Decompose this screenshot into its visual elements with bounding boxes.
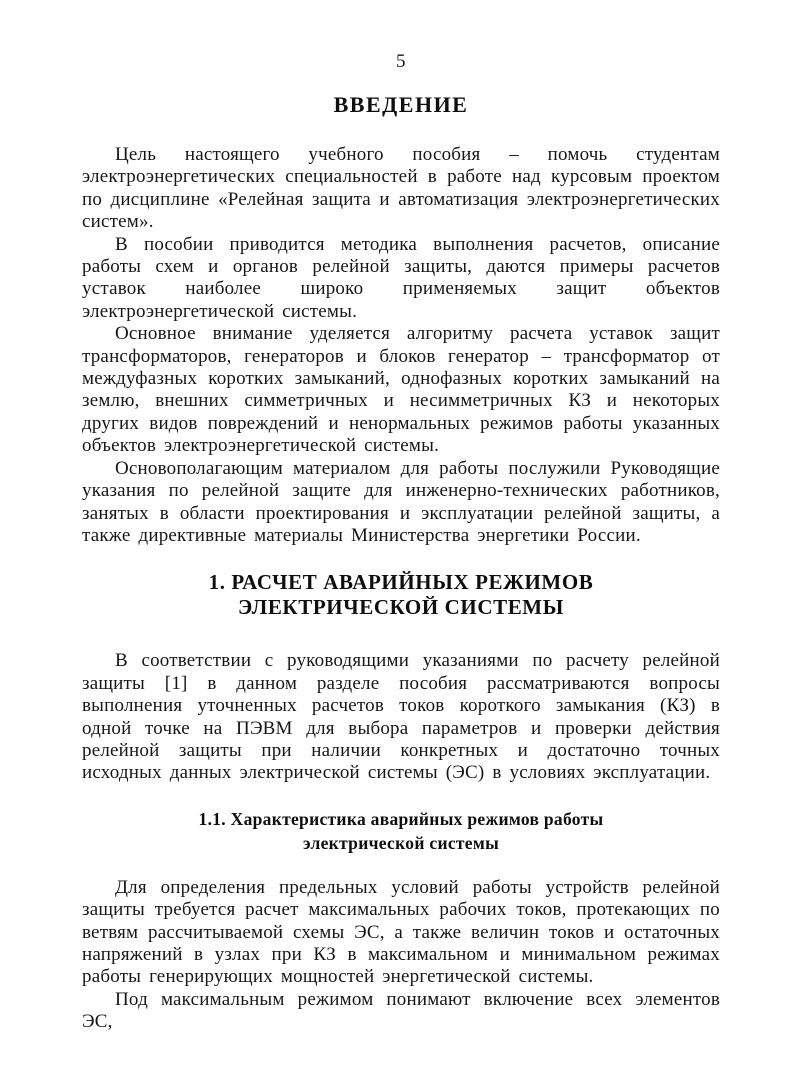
introduction-paragraph-3: Основное внимание уделяется алгоритму ра…	[82, 323, 720, 457]
subsection-1-1-paragraph-1: Для определения предельных условий работ…	[82, 877, 720, 989]
section-1-title-line-1: 1. РАСЧЕТ АВАРИЙНЫХ РЕЖИМОВ	[209, 570, 594, 594]
section-1-title-line-2: ЭЛЕКТРИЧЕСКОЙ СИСТЕМЫ	[238, 595, 564, 619]
subsection-1-1-paragraph-2: Под максимальным режимом понимают включе…	[82, 989, 720, 1034]
document-page: 5 ВВЕДЕНИЕ Цель настоящего учебного посо…	[0, 0, 809, 1080]
subsection-1-1-body: Для определения предельных условий работ…	[82, 877, 720, 1034]
section-1-paragraph-1: В соответствии с руководящими указаниями…	[82, 650, 720, 784]
introduction-paragraph-1: Цель настоящего учебного пособия – помоч…	[82, 144, 720, 234]
subsection-1-1-title-line-2: электрической системы	[303, 833, 499, 853]
section-1-body: В соответствии с руководящими указаниями…	[82, 650, 720, 784]
introduction-title: ВВЕДЕНИЕ	[82, 92, 720, 118]
introduction-paragraph-2: В пособии приводится методика выполнения…	[82, 234, 720, 324]
subsection-1-1-title-line-1: 1.1. Характеристика аварийных режимов ра…	[199, 809, 604, 829]
introduction-paragraph-4: Основополагающим материалом для работы п…	[82, 458, 720, 548]
introduction-section: Цель настоящего учебного пособия – помоч…	[82, 144, 720, 547]
section-1-title: 1. РАСЧЕТ АВАРИЙНЫХ РЕЖИМОВ ЭЛЕКТРИЧЕСКО…	[82, 570, 720, 620]
subsection-1-1-title: 1.1. Характеристика аварийных режимов ра…	[82, 807, 720, 855]
page-number: 5	[82, 50, 720, 74]
